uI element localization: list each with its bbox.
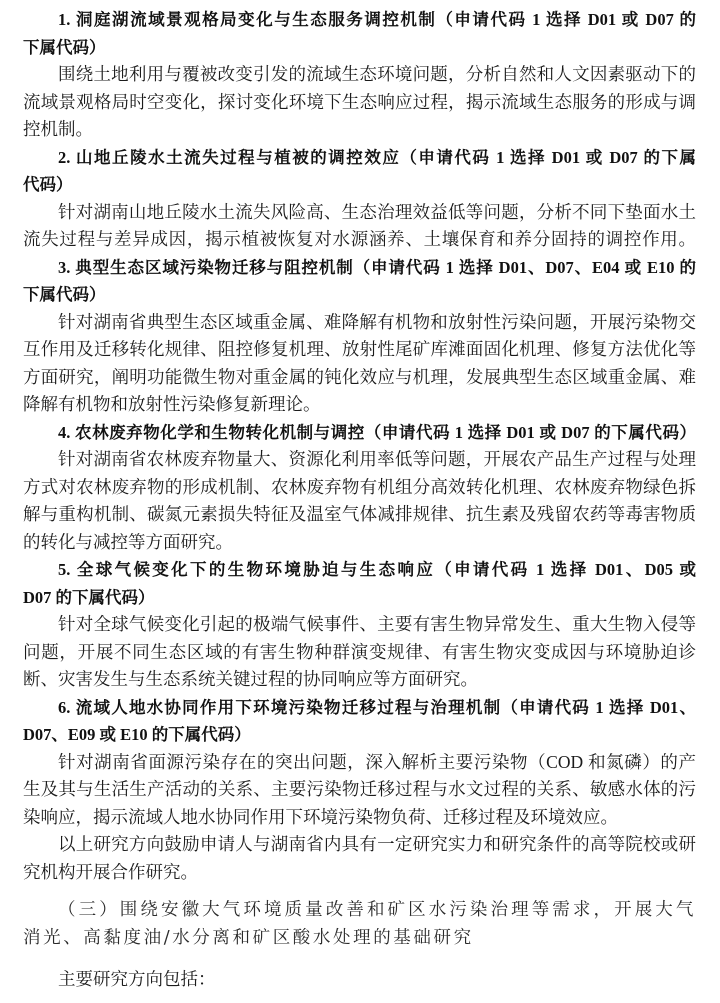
subsection-intro: 主要研究方向包括： [23, 966, 696, 994]
section-heading-line: 6. 流域人地水协同作用下环境污染物迁移过程与治理机制（申请代码 1 选择 D0… [23, 694, 696, 722]
section-heading-line: 3. 典型生态区域污染物迁移与阻控机制（申请代码 1 选择 D01、D07、E0… [23, 254, 696, 282]
closing-note: 以上研究方向鼓励申请人与湖南省内具有一定研究实力和研究条件的高等院校或研 究机构… [23, 831, 696, 886]
section-heading-line: 代码） [23, 171, 696, 199]
body-line: 染响应，揭示流域人地水协同作用下环境污染物负荷、迁移过程及环境效应。 [23, 804, 696, 832]
body-line: 针对湖南山地丘陵水土流失风险高、生态治理效益低等问题，分析不同下垫面水土 [23, 199, 696, 227]
body-line: 控机制。 [23, 116, 696, 144]
body-line: 以上研究方向鼓励申请人与湖南省内具有一定研究实力和研究条件的高等院校或研 [23, 831, 696, 859]
body-line: 流失过程与差异成因，揭示植被恢复对水源涵养、土壤保育和养分固持的调控作用。 [23, 226, 696, 254]
section-heading-line: 4. 农林废弃物化学和生物转化机制与调控（申请代码 1 选择 D01 或 D07… [23, 419, 696, 447]
section-heading-line: 5. 全球气候变化下的生物环境胁迫与生态响应（申请代码 1 选择 D01、D05… [23, 556, 696, 584]
body-line: 围绕土地利用与覆被改变引发的流域生态环境问题，分析自然和人文因素驱动下的 [23, 61, 696, 89]
body-line: 生及其与生活生产活动的关系、主要污染物迁移过程与水文过程的关系、敏感水体的污 [23, 776, 696, 804]
body-line: 方面研究，阐明功能微生物对重金属的钝化效应与机理，发展典型生态区域重金属、难 [23, 364, 696, 392]
subsection-title-line: 消光、高黏度油/水分离和矿区酸水处理的基础研究 [23, 925, 696, 953]
body-line: 解与重构机制、碳氮元素损失特征及温室气体减排规律、抗生素及残留农药等毒害物质 [23, 501, 696, 529]
body-line: 降解有机物和放射性污染修复新理论。 [23, 391, 696, 419]
body-line: 互作用及迁移转化规律、阻控修复机理、放射性尾矿库滩面固化机理、修复方法优化等 [23, 336, 696, 364]
body-line: 究机构开展合作研究。 [23, 859, 696, 887]
body-line: 断、灾害发生与生态系统关键过程的协同响应等方面研究。 [23, 666, 696, 694]
section-heading-line: 下属代码） [23, 281, 696, 309]
body-line: 问题，开展不同生态区域的有害生物种群演变规律、有害生物灾变成因与环境胁迫诊 [23, 639, 696, 667]
body-line: 流域景观格局时空变化，探讨变化环境下生态响应过程，揭示流域生态服务的形成与调 [23, 89, 696, 117]
body-line: 针对湖南省典型生态区域重金属、难降解有机物和放射性污染问题，开展污染物交 [23, 309, 696, 337]
document-page: 1. 洞庭湖流域景观格局变化与生态服务调控机制（申请代码 1 选择 D01 或 … [23, 6, 696, 994]
section-heading-line: D07、E09 或 E10 的下属代码） [23, 721, 696, 749]
body-line: 的转化与减控等方面研究。 [23, 529, 696, 557]
research-direction-1: 1. 洞庭湖流域景观格局变化与生态服务调控机制（申请代码 1 选择 D01 或 … [23, 6, 696, 144]
research-direction-4: 4. 农林废弃物化学和生物转化机制与调控（申请代码 1 选择 D01 或 D07… [23, 419, 696, 557]
research-direction-5: 5. 全球气候变化下的生物环境胁迫与生态响应（申请代码 1 选择 D01、D05… [23, 556, 696, 694]
body-line: 针对湖南省面源污染存在的突出问题，深入解析主要污染物（COD 和氮磷）的产 [23, 749, 696, 777]
body-line: 针对全球气候变化引起的极端气候事件、主要有害生物异常发生、重大生物入侵等 [23, 611, 696, 639]
research-direction-6: 6. 流域人地水协同作用下环境污染物迁移过程与治理机制（申请代码 1 选择 D0… [23, 694, 696, 832]
subsection-3: （三）围绕安徽大气环境质量改善和矿区水污染治理等需求，开展大气 消光、高黏度油/… [23, 897, 696, 994]
section-heading-line: 2. 山地丘陵水土流失过程与植被的调控效应（申请代码 1 选择 D01 或 D0… [23, 144, 696, 172]
subsection-title-line: （三）围绕安徽大气环境质量改善和矿区水污染治理等需求，开展大气 [23, 897, 696, 925]
research-direction-3: 3. 典型生态区域污染物迁移与阻控机制（申请代码 1 选择 D01、D07、E0… [23, 254, 696, 419]
body-line: 针对湖南省农林废弃物量大、资源化利用率低等问题，开展农产品生产过程与处理 [23, 446, 696, 474]
research-direction-2: 2. 山地丘陵水土流失过程与植被的调控效应（申请代码 1 选择 D01 或 D0… [23, 144, 696, 254]
body-line: 方式对农林废弃物的形成机制、农林废弃物有机组分高效转化机理、农林废弃物绿色拆 [23, 474, 696, 502]
section-heading-line: 1. 洞庭湖流域景观格局变化与生态服务调控机制（申请代码 1 选择 D01 或 … [23, 6, 696, 34]
section-heading-line: D07 的下属代码） [23, 584, 696, 612]
section-heading-line: 下属代码） [23, 34, 696, 62]
